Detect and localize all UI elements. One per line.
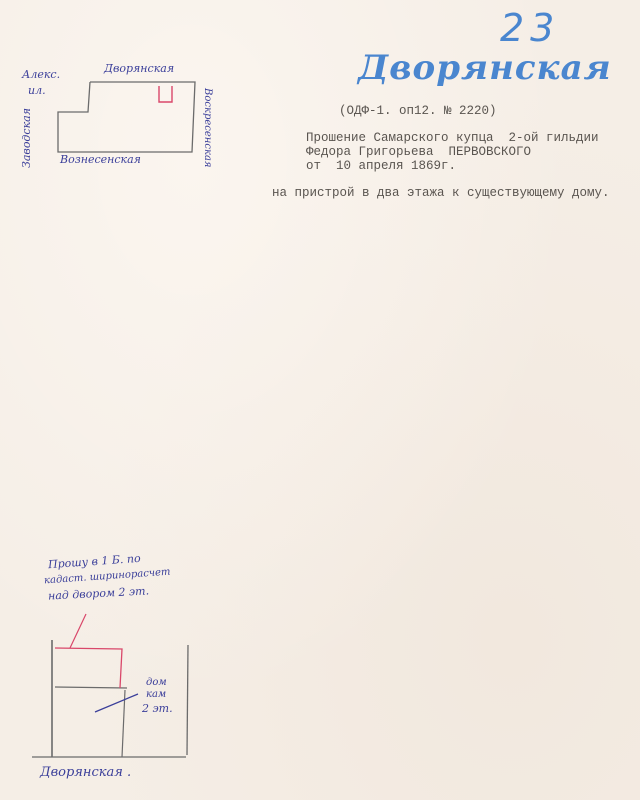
left-street-label: Заводская <box>20 108 34 168</box>
extension-marker <box>159 86 172 102</box>
side-note-line-2: кам <box>146 689 166 701</box>
bottom-street-name: Дворянская . <box>40 766 131 780</box>
bottom-street-label: Вознесенская <box>60 153 141 167</box>
corner-note-line-2: ил. <box>28 84 46 98</box>
lot-outline <box>58 82 195 152</box>
side-note-line-3: 2 эт. <box>142 702 173 716</box>
corner-note-line-1: Алекс. <box>22 68 60 82</box>
side-note-line-1: дом <box>146 677 167 689</box>
top-street-label: Дворянская <box>104 62 174 76</box>
right-street-label: Воскресенская <box>200 88 214 168</box>
top-site-sketch <box>0 0 640 800</box>
